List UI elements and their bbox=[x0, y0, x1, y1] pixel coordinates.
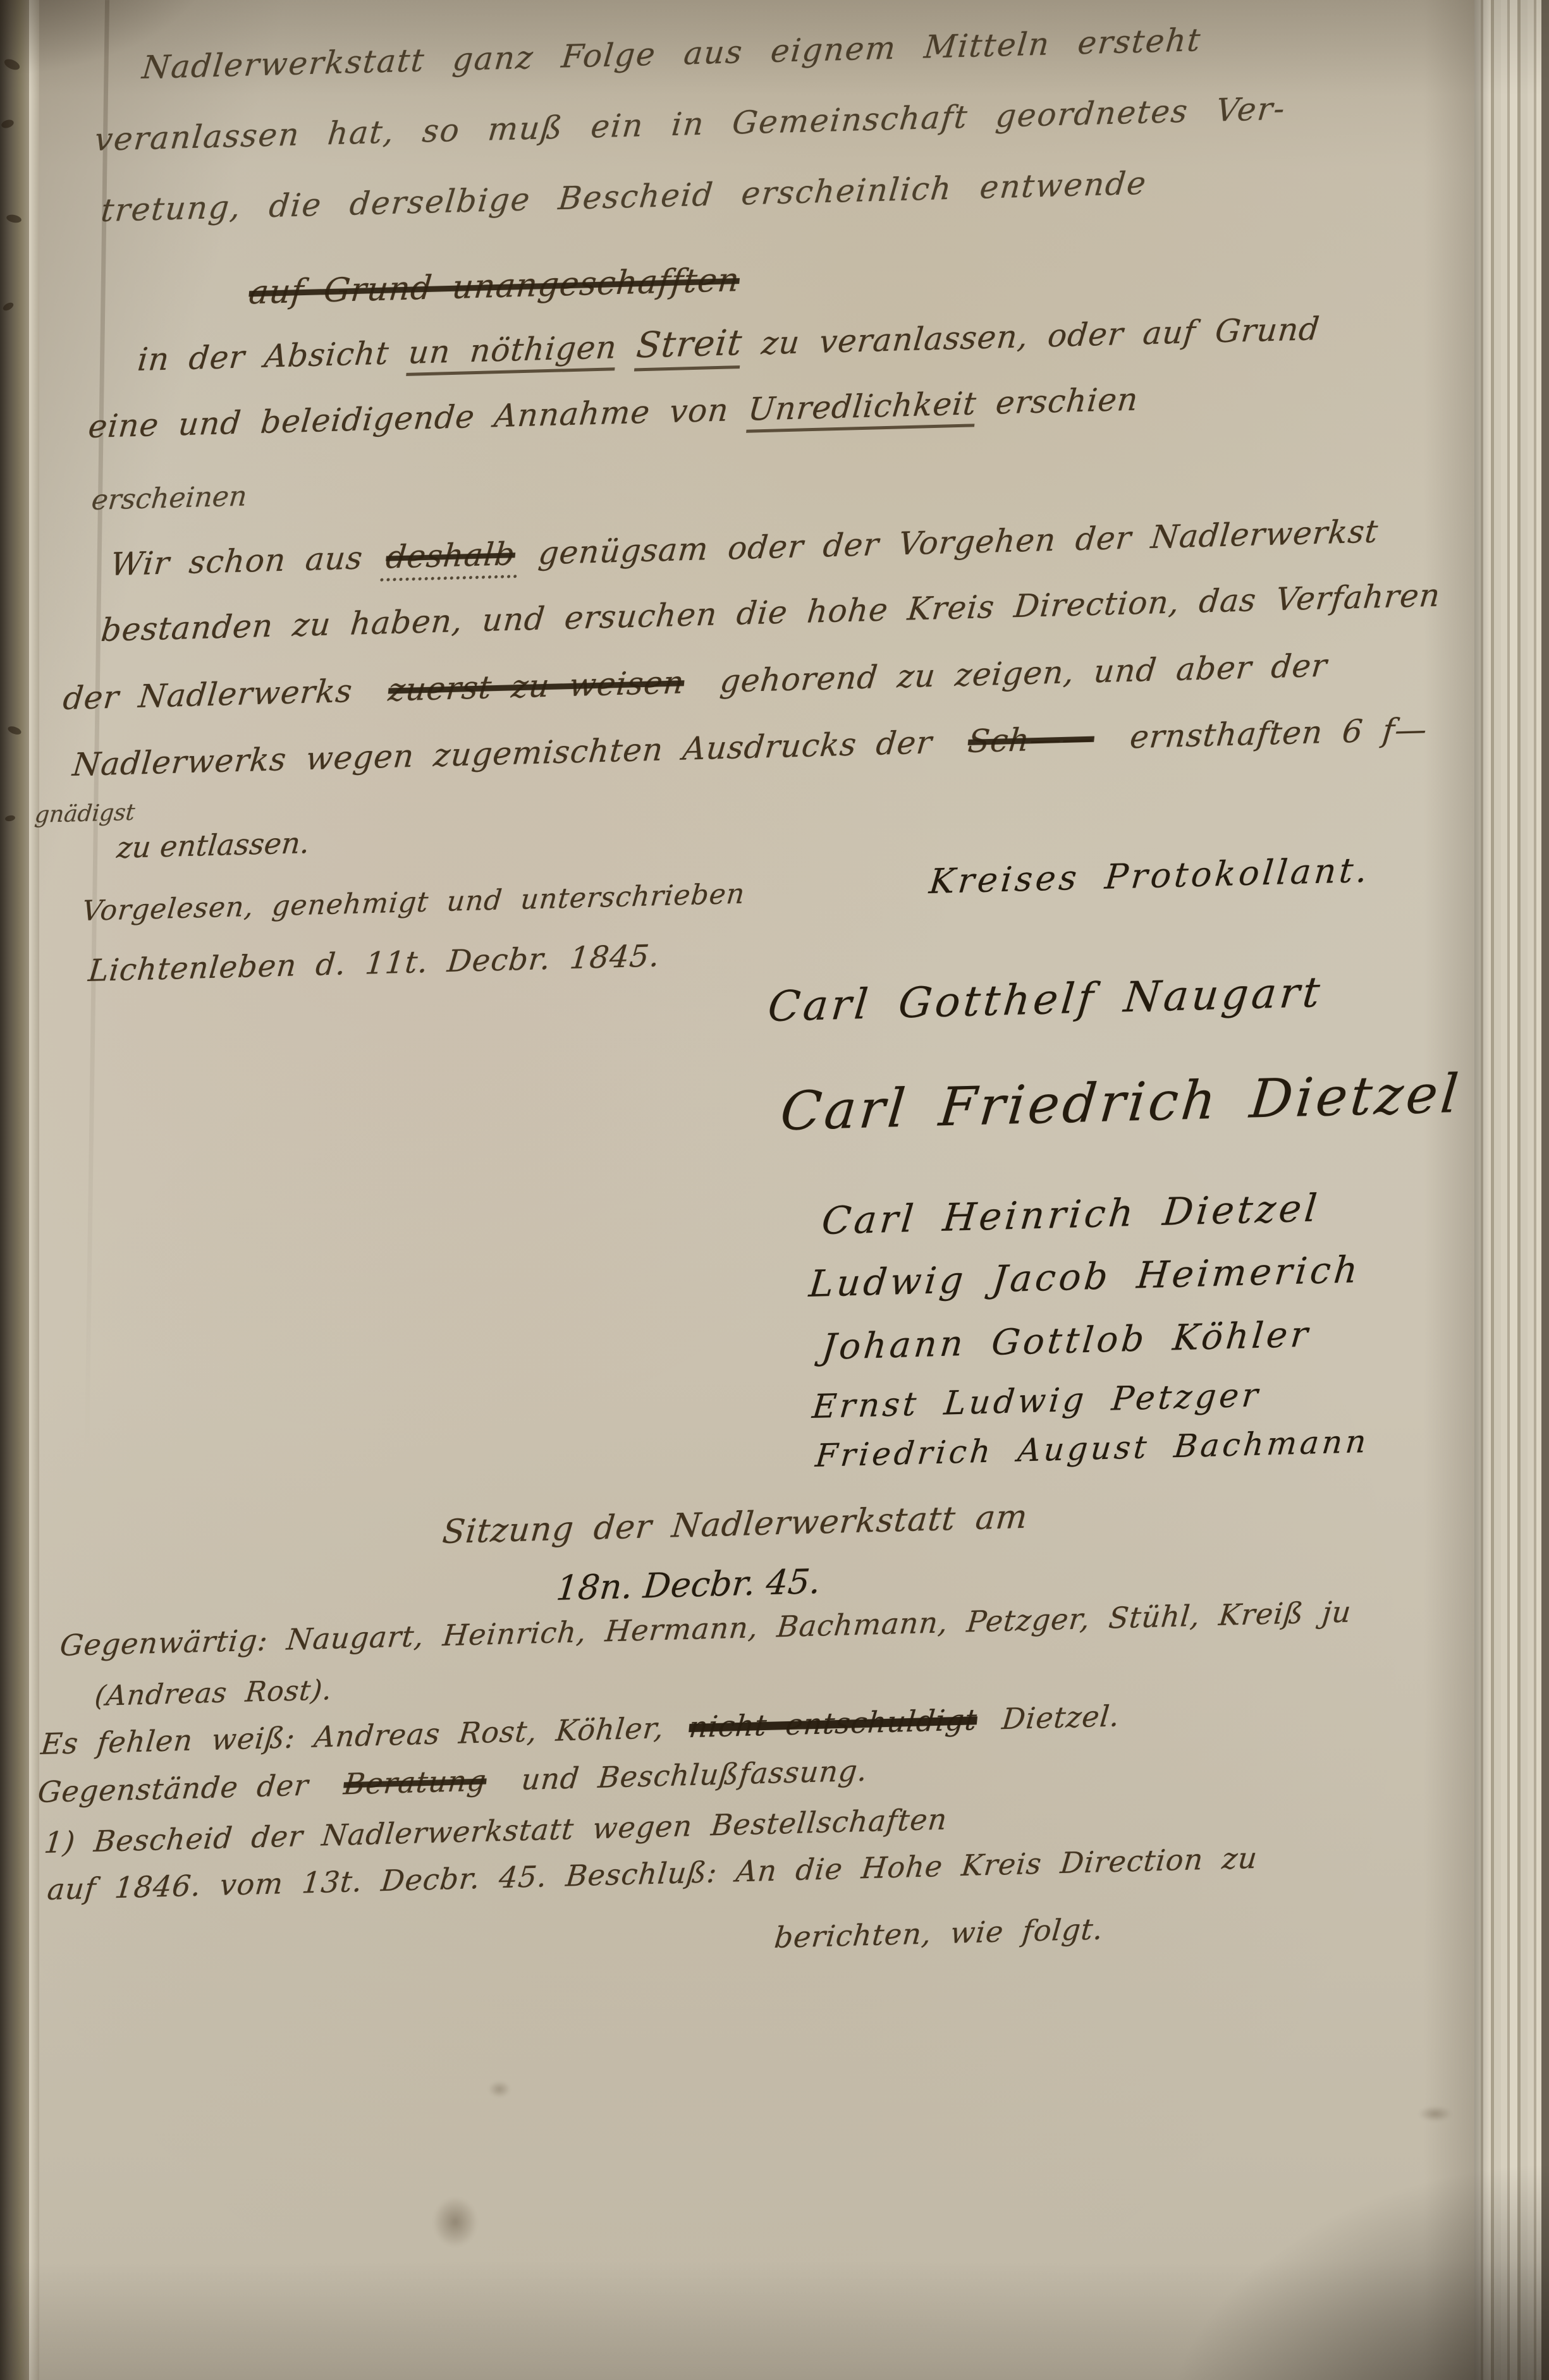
struck-agenda-word: Beratung bbox=[326, 1763, 505, 1802]
under-page-edge bbox=[29, 0, 39, 2380]
ink-smudge bbox=[430, 2194, 481, 2250]
line-5-pre: in der Absicht bbox=[136, 334, 410, 378]
session-item-line-3: berichten, wie folgt. bbox=[773, 1914, 1105, 1952]
struck-word: Sch—— bbox=[950, 719, 1113, 760]
page-curl-shadow bbox=[1424, 0, 1474, 2380]
margin-note: gnädigst bbox=[34, 802, 136, 827]
struck-deshalb: deshalb bbox=[380, 535, 521, 582]
ink-smudge bbox=[487, 2080, 512, 2099]
underlined-streit: Streit bbox=[634, 322, 744, 372]
underlined-unredlichkeit: Unredlichkeit bbox=[746, 385, 978, 433]
underlined-un-noethigen: un nöthigen bbox=[407, 329, 619, 376]
session-present-line-2: (Andreas Rost). bbox=[94, 1676, 333, 1711]
ink-smudge bbox=[1416, 2105, 1454, 2123]
manuscript-photo: Nadlerwerkstatt ganz Folge aus eignem Mi… bbox=[0, 0, 1549, 2380]
absent-post: Dietzel. bbox=[982, 1699, 1122, 1736]
book-spine bbox=[0, 0, 29, 2380]
fore-edge-pages bbox=[1474, 0, 1549, 2380]
line-6-post: erschien bbox=[975, 381, 1141, 422]
p2-line-1-pre: Wir schon aus bbox=[109, 539, 384, 583]
letter-line-7: erscheinen bbox=[90, 483, 248, 515]
letter-final-line: zu entlassen. bbox=[116, 828, 311, 862]
session-title-line-2: 18n. Decbr. 45. bbox=[554, 1565, 822, 1606]
